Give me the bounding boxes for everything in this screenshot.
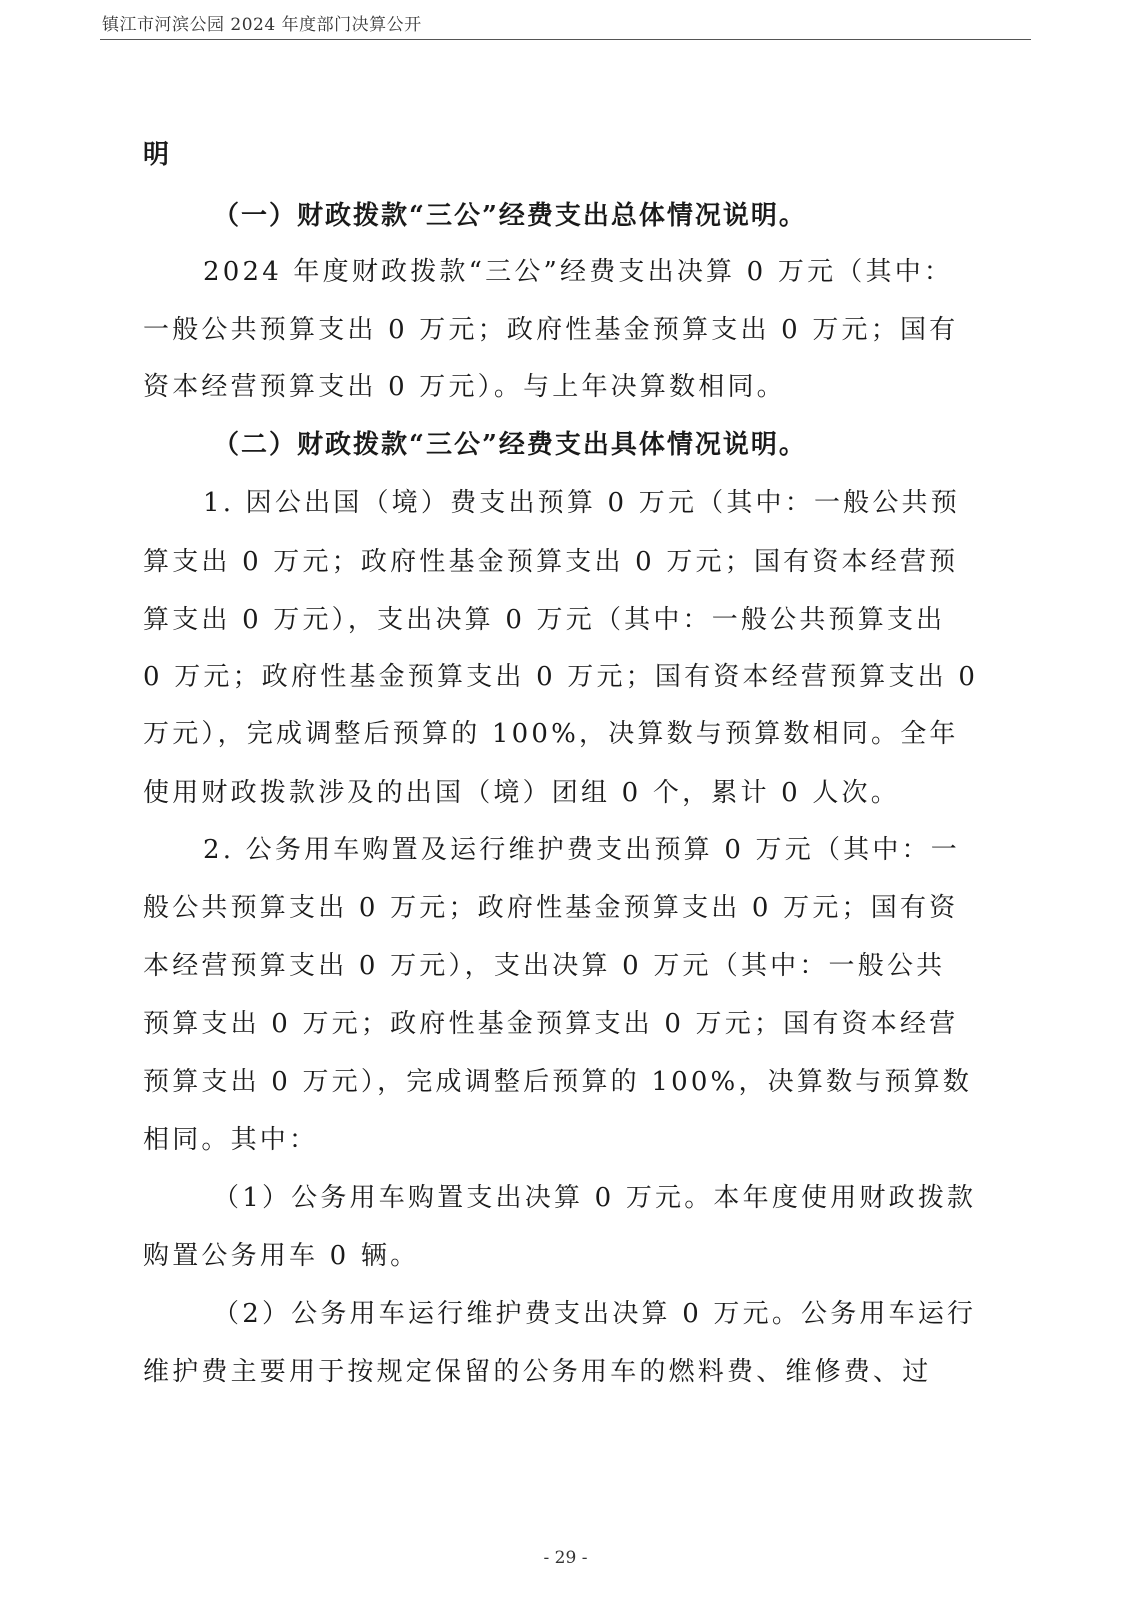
paragraph-line: 明	[143, 138, 171, 172]
document-header-title: 镇江市河滨公园 2024 年度部门决算公开	[102, 10, 422, 35]
header-divider	[100, 39, 1031, 40]
paragraph-line: 2. 公务用车购置及运行维护费支出预算 0 万元（其中：一	[203, 833, 960, 867]
paragraph-line: 算支出 0 万元），支出决算 0 万元（其中：一般公共预算支出	[143, 603, 945, 637]
section-heading-1: （一）财政拨款“三公”经费支出总体情况说明。	[213, 199, 807, 233]
paragraph-line: （1）公务用车购置支出决算 0 万元。本年度使用财政拨款	[213, 1181, 976, 1215]
paragraph-line: 算支出 0 万元；政府性基金预算支出 0 万元；国有资本经营预	[143, 545, 958, 579]
paragraph-line: 维护费主要用于按规定保留的公务用车的燃料费、维修费、过	[143, 1355, 931, 1389]
paragraph-line: 相同。其中：	[143, 1123, 318, 1157]
paragraph-line: 预算支出 0 万元；政府性基金预算支出 0 万元；国有资本经营	[143, 1007, 958, 1041]
page-number: - 29 -	[0, 1548, 1131, 1568]
paragraph-line: 预算支出 0 万元），完成调整后预算的 100%，决算数与预算数	[143, 1065, 972, 1099]
section-heading-2: （二）财政拨款“三公”经费支出具体情况说明。	[213, 428, 807, 462]
paragraph-line: 万元），完成调整后预算的 100%，决算数与预算数相同。全年	[143, 717, 959, 751]
paragraph-line: 一般公共预算支出 0 万元；政府性基金预算支出 0 万元；国有	[143, 313, 958, 347]
paragraph-line: （2）公务用车运行维护费支出决算 0 万元。公务用车运行	[213, 1297, 976, 1331]
paragraph-line: 1. 因公出国（境）费支出预算 0 万元（其中：一般公共预	[203, 486, 960, 520]
paragraph-line: 2024 年度财政拨款“三公”经费支出决算 0 万元（其中：	[203, 255, 953, 289]
paragraph-line: 使用财政拨款涉及的出国（境）团组 0 个，累计 0 人次。	[143, 776, 900, 810]
paragraph-line: 本经营预算支出 0 万元），支出决算 0 万元（其中：一般公共	[143, 949, 945, 983]
paragraph-line: 般公共预算支出 0 万元；政府性基金预算支出 0 万元；国有资	[143, 891, 958, 925]
paragraph-line: 资本经营预算支出 0 万元）。与上年决算数相同。	[143, 370, 786, 404]
paragraph-line: 0 万元；政府性基金预算支出 0 万元；国有资本经营预算支出 0	[143, 660, 978, 694]
paragraph-line: 购置公务用车 0 辆。	[143, 1239, 419, 1273]
